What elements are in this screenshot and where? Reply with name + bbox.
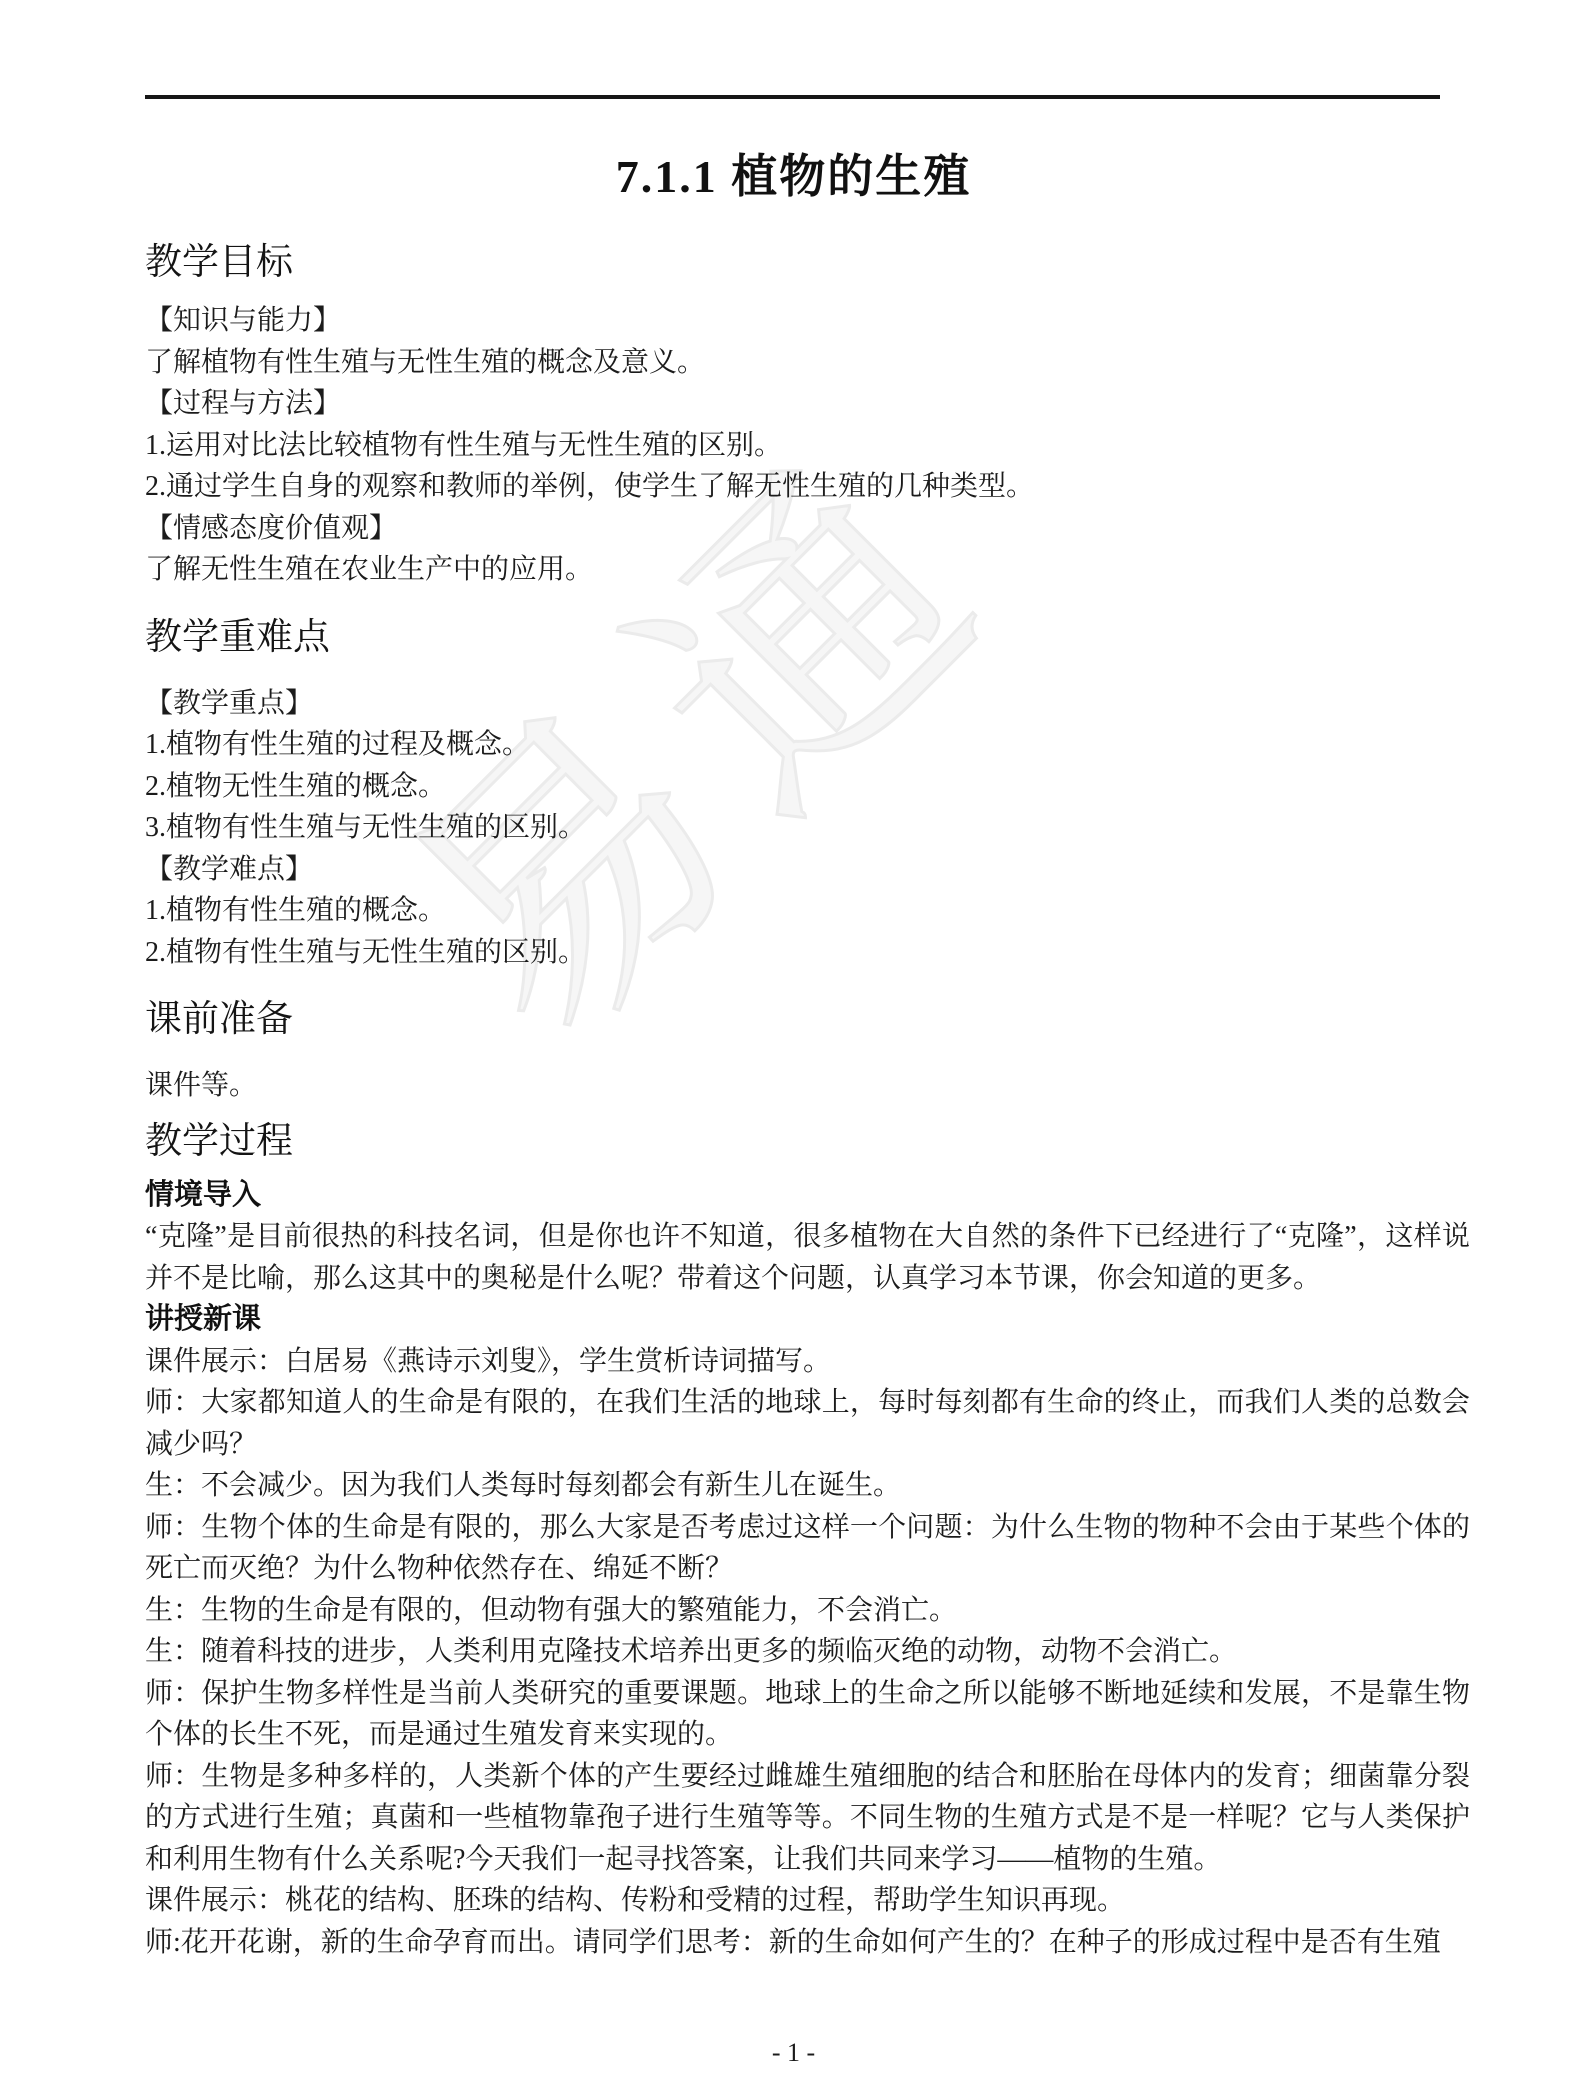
body-line: 【教学重点】 xyxy=(145,683,1470,725)
body-paragraph: 生：随着科技的进步，人类利用克隆技术培养出更多的频临灭绝的动物，动物不会消亡。 xyxy=(145,1631,1470,1673)
section-heading: 课前准备 xyxy=(145,997,1470,1043)
body-line: 3.植物有性生殖与无性生殖的区别。 xyxy=(145,807,1470,849)
subsection-heading-scene-intro: 情境导入 xyxy=(145,1175,1470,1217)
page-number: - 1 - xyxy=(0,2038,1587,2068)
body-paragraph: 师：大家都知道人的生命是有限的，在我们生活的地球上，每时每刻都有生命的终止，而我… xyxy=(145,1382,1470,1465)
body-paragraph: 课件展示：白居易《燕诗示刘叟》，学生赏析诗词描写。 xyxy=(145,1341,1470,1383)
section-teaching-process: 教学过程 情境导入 “克隆”是目前很热的科技名词，但是你也许不知道，很多植物在大… xyxy=(145,1119,1470,1964)
body-paragraph: 师：保护生物多样性是当前人类研究的重要课题。地球上的生命之所以能够不断地延续和发… xyxy=(145,1673,1470,1756)
body-line: 2.植物有性生殖与无性生殖的区别。 xyxy=(145,932,1470,974)
body-paragraph: 师：生物个体的生命是有限的，那么大家是否考虑过这样一个问题：为什么生物的物种不会… xyxy=(145,1507,1470,1590)
body-line: 2.通过学生自身的观察和教师的举例，使学生了解无性生殖的几种类型。 xyxy=(145,466,1470,508)
body-line: 【知识与能力】 xyxy=(145,300,1470,342)
body-line: 1.植物有性生殖的概念。 xyxy=(145,890,1470,932)
section-key-difficult-points: 教学重难点 【教学重点】 1.植物有性生殖的过程及概念。 2.植物无性生殖的概念… xyxy=(145,615,1470,974)
subsection-heading-new-lesson: 讲授新课 xyxy=(145,1299,1470,1341)
document-body: 教学目标 【知识与能力】 了解植物有性生殖与无性生殖的概念及意义。 【过程与方法… xyxy=(145,228,1470,1963)
body-paragraph: “克隆”是目前很热的科技名词，但是你也许不知道，很多植物在大自然的条件下已经进行… xyxy=(145,1216,1470,1299)
body-line: 【教学难点】 xyxy=(145,849,1470,891)
section-preparation: 课前准备 课件等。 xyxy=(145,997,1470,1107)
body-paragraph: 师:花开花谢，新的生命孕育而出。请同学们思考：新的生命如何产生的？在种子的形成过… xyxy=(145,1922,1470,1964)
document-page: 7.1.1 植物的生殖 易通 教学目标 【知识与能力】 了解植物有性生殖与无性生… xyxy=(0,0,1587,2090)
body-line: 了解无性生殖在农业生产中的应用。 xyxy=(145,549,1470,591)
body-line: 课件等。 xyxy=(145,1065,1470,1107)
body-paragraph: 课件展示：桃花的结构、胚珠的结构、传粉和受精的过程，帮助学生知识再现。 xyxy=(145,1880,1470,1922)
body-line: 1.植物有性生殖的过程及概念。 xyxy=(145,724,1470,766)
body-line: 【过程与方法】 xyxy=(145,383,1470,425)
section-heading: 教学过程 xyxy=(145,1119,1470,1165)
body-paragraph: 生：生物的生命是有限的，但动物有强大的繁殖能力，不会消亡。 xyxy=(145,1590,1470,1632)
body-paragraph: 生：不会减少。因为我们人类每时每刻都会有新生儿在诞生。 xyxy=(145,1465,1470,1507)
header-rule xyxy=(145,95,1440,99)
body-line: 1.运用对比法比较植物有性生殖与无性生殖的区别。 xyxy=(145,425,1470,467)
body-line: 了解植物有性生殖与无性生殖的概念及意义。 xyxy=(145,342,1470,384)
section-heading: 教学重难点 xyxy=(145,615,1470,661)
section-teaching-objectives: 教学目标 【知识与能力】 了解植物有性生殖与无性生殖的概念及意义。 【过程与方法… xyxy=(145,240,1470,591)
page-title: 7.1.1 植物的生殖 xyxy=(0,140,1587,206)
body-line: 2.植物无性生殖的概念。 xyxy=(145,766,1470,808)
body-paragraph: 师：生物是多种多样的，人类新个体的产生要经过雌雄生殖细胞的结合和胚胎在母体内的发… xyxy=(145,1756,1470,1881)
section-heading: 教学目标 xyxy=(145,240,1470,286)
body-line: 【情感态度价值观】 xyxy=(145,508,1470,550)
